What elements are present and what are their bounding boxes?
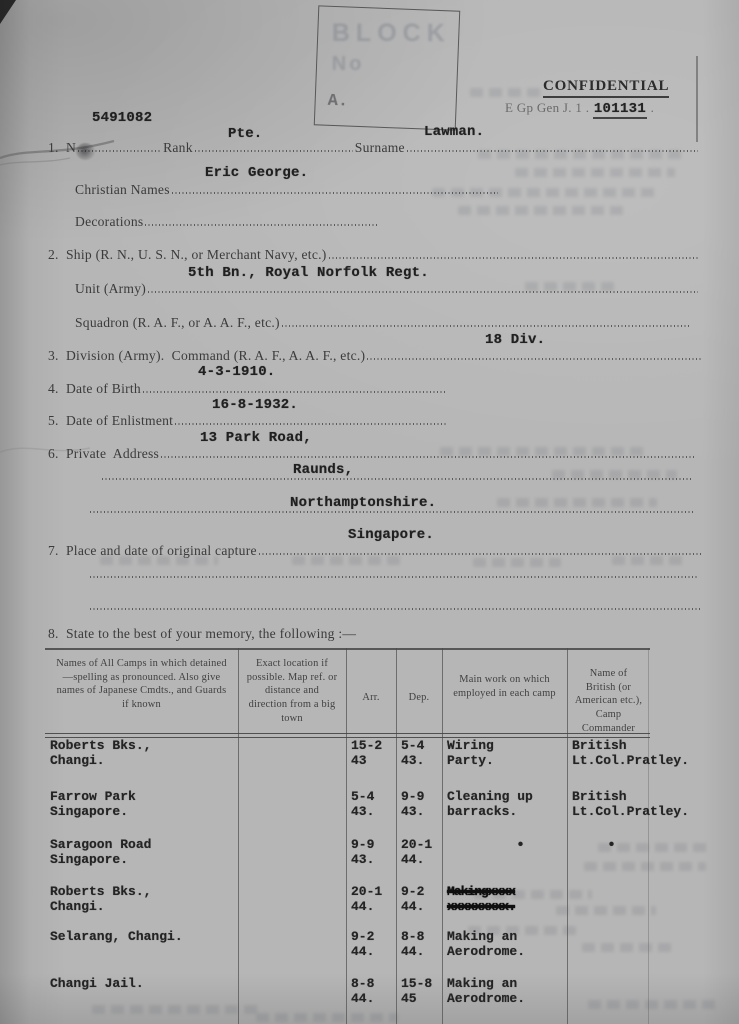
dotted-leader	[90, 608, 701, 610]
dotted-leader	[259, 553, 701, 555]
bleed-through-smudge	[497, 498, 657, 507]
dotted-leader	[161, 456, 696, 458]
form-line-ship: 2. Ship (R. N., U. S. N., or Merchant Na…	[48, 247, 700, 263]
bleed-through-smudge	[473, 558, 561, 567]
cell-camp: Changi Jail.	[45, 976, 238, 1007]
confidential-label: CONFIDENTIAL	[543, 78, 669, 98]
form-line-1: 1. N Rank Surname	[48, 140, 700, 156]
stamp-ghost-line1: BLOCK	[332, 17, 451, 51]
form-line-address-2	[100, 478, 695, 484]
table-row: Selarang, Changi. 9-2 44. 8-8 44. Making…	[45, 929, 650, 960]
form-line-christian-names: Christian Names	[75, 182, 500, 198]
form-line-capture: 7. Place and date of original capture	[48, 543, 703, 559]
cell-commander	[567, 976, 650, 1007]
dotted-leader	[329, 257, 698, 259]
cell-arr: 5-4 43.	[346, 789, 396, 820]
item8-label: 8. State to the best of your memory, the…	[48, 626, 356, 642]
christian-names-label: Christian Names	[75, 182, 170, 198]
header-commander: Name of British (or American etc.), Camp…	[567, 655, 650, 738]
rank-value: Pte.	[228, 126, 262, 142]
table-header-row: Names of All Camps in which detained—spe…	[45, 655, 650, 738]
date-of-birth-label: 4. Date of Birth	[48, 381, 141, 397]
page-edge-line	[696, 56, 698, 142]
cell-work: Making an Aerodrome.	[442, 929, 567, 960]
dotted-leader	[407, 150, 698, 152]
reference-number: 101131	[593, 101, 647, 119]
form-line-enlistment: 5. Date of Enlistment	[48, 413, 448, 429]
stamp-ghost-text: BLOCK No	[332, 17, 451, 78]
cell-work-struck-out: Makingxxxx xxxxxxxxx.	[442, 884, 567, 915]
bleed-through-smudge	[458, 206, 623, 215]
cell-commander	[567, 929, 650, 960]
dotted-leader	[102, 478, 693, 480]
corner-fold-mark	[0, 0, 16, 24]
table-row: Farrow Park Singapore. 5-4 43. 9-9 43. C…	[45, 789, 650, 820]
reference-suffix: .	[647, 100, 654, 115]
reference-line: E Gp Gen J. 1 . 101131 .	[505, 100, 654, 117]
division-value: 18 Div.	[485, 332, 545, 348]
cell-arr: 8-8 44.	[346, 976, 396, 1007]
ship-label: 2. Ship (R. N., U. S. N., or Merchant Na…	[48, 247, 327, 263]
cell-dep: 5-4 43.	[396, 738, 442, 769]
cell-camp: Farrow Park Singapore.	[45, 789, 238, 820]
form-line-unit: Unit (Army)	[75, 281, 700, 297]
form-line-address-3	[88, 511, 695, 517]
private-address-label: 6. Private Address	[48, 446, 159, 462]
form-line-squadron: Squadron (R. A. F., or A. A. F., etc.)	[75, 315, 693, 331]
cell-work: Making an Aerodrome.	[442, 976, 567, 1007]
stamp-ghost-line2: No	[332, 51, 451, 78]
form-line-address: 6. Private Address	[48, 446, 698, 462]
cell-location	[238, 884, 346, 915]
form-line-blank-1	[88, 576, 700, 582]
cell-arr: 20-1 44.	[346, 884, 396, 915]
cell-commander: British Lt.Col.Pratley.	[567, 738, 650, 769]
form-line-decorations: Decorations	[75, 214, 380, 230]
capture-label: 7. Place and date of original capture	[48, 543, 257, 559]
cell-dep: 9-9 43.	[396, 789, 442, 820]
capture-place-value: Singapore.	[348, 527, 434, 543]
cell-location	[238, 738, 346, 769]
date-of-enlistment-label: 5. Date of Enlistment	[48, 413, 173, 429]
surname-label: Surname	[355, 140, 405, 156]
squadron-label: Squadron (R. A. F., or A. A. F., etc.)	[75, 315, 280, 331]
form-line-blank-2	[88, 608, 703, 614]
stamp-mark-letter: A.	[327, 92, 348, 112]
unit-label: Unit (Army)	[75, 281, 146, 297]
decorations-label: Decorations	[75, 214, 143, 230]
scanned-pow-questionnaire-page: BLOCK No A. CONFIDENTIAL E Gp Gen J. 1 .…	[0, 0, 739, 1024]
table-row: Roberts Bks., Changi. 20-1 44. 9-2 44. M…	[45, 884, 650, 915]
header-dep: Dep.	[396, 655, 442, 738]
cell-camp: Selarang, Changi.	[45, 929, 238, 960]
form-line-date-of-birth: 4. Date of Birth	[48, 381, 448, 397]
table-row: Roberts Bks., Changi. 15-2 43 5-4 43. Wi…	[45, 738, 650, 769]
header-camps: Names of All Camps in which detained—spe…	[45, 655, 238, 738]
dotted-leader	[195, 150, 353, 152]
dotted-leader	[367, 358, 701, 360]
number-label: 1. N	[48, 140, 76, 156]
header-main-work: Main work on which employed in each camp	[442, 655, 567, 738]
cell-work-ditto: •	[442, 837, 567, 868]
dotted-leader	[148, 291, 698, 293]
christian-names-value: Eric George.	[205, 165, 308, 181]
cell-camp: Saragoon Road Singapore.	[45, 837, 238, 868]
service-number-value: 5491082	[92, 110, 152, 126]
dotted-leader	[172, 192, 498, 194]
dotted-leader	[90, 576, 698, 578]
reference-prefix: E Gp Gen J. 1 .	[505, 100, 593, 115]
dotted-leader	[143, 391, 446, 393]
date-of-birth-value: 4-3-1910.	[198, 364, 275, 380]
cell-arr: 15-2 43	[346, 738, 396, 769]
surname-value: Lawman.	[424, 124, 484, 140]
cell-camp: Roberts Bks., Changi.	[45, 738, 238, 769]
cell-camp: Roberts Bks., Changi.	[45, 884, 238, 915]
cell-arr: 9-2 44.	[346, 929, 396, 960]
cell-location	[238, 837, 346, 868]
cell-work: Cleaning up barracks.	[442, 789, 567, 820]
header-location: Exact location if possible. Map ref. or …	[238, 655, 346, 738]
dotted-leader	[282, 325, 691, 327]
camp-table: Names of All Camps in which detained—spe…	[45, 648, 650, 1024]
unit-value: 5th Bn., Royal Norfolk Regt.	[188, 265, 429, 281]
ink-blob	[76, 143, 95, 160]
cell-location	[238, 976, 346, 1007]
form-line-item8: 8. State to the best of your memory, the…	[48, 626, 356, 642]
cell-commander-ditto: •	[567, 837, 650, 868]
cell-location	[238, 929, 346, 960]
table-row: Saragoon Road Singapore. 9-9 43. 20-1 44…	[45, 837, 650, 868]
bleed-through-smudge	[470, 88, 540, 97]
form-line-division: 3. Division (Army). Command (R. A. F., A…	[48, 348, 703, 364]
cell-commander: British Lt.Col.Pratley.	[567, 789, 650, 820]
address-line3-value: Northamptonshire.	[290, 495, 436, 511]
cell-commander	[567, 884, 650, 915]
stamp-box: BLOCK No A.	[314, 5, 461, 130]
address-line2-value: Raunds,	[293, 462, 353, 478]
date-of-enlistment-value: 16-8-1932.	[212, 397, 298, 413]
rank-label: Rank	[163, 140, 193, 156]
cell-location	[238, 789, 346, 820]
cell-work: Wiring Party.	[442, 738, 567, 769]
dotted-leader	[145, 224, 378, 226]
cell-dep: 15-8 45	[396, 976, 442, 1007]
cell-dep: 9-2 44.	[396, 884, 442, 915]
division-label: 3. Division (Army). Command (R. A. F., A…	[48, 348, 365, 364]
address-line1-value: 13 Park Road,	[200, 430, 312, 446]
table-top-border	[45, 648, 650, 650]
dotted-leader	[175, 423, 446, 425]
bleed-through-smudge	[515, 168, 675, 177]
cell-dep: 8-8 44.	[396, 929, 442, 960]
cell-arr: 9-9 43.	[346, 837, 396, 868]
cell-dep: 20-1 44.	[396, 837, 442, 868]
dotted-leader	[90, 511, 693, 513]
header-arr: Arr.	[346, 655, 396, 738]
table-row: Changi Jail. 8-8 44. 15-8 45 Making an A…	[45, 976, 650, 1007]
